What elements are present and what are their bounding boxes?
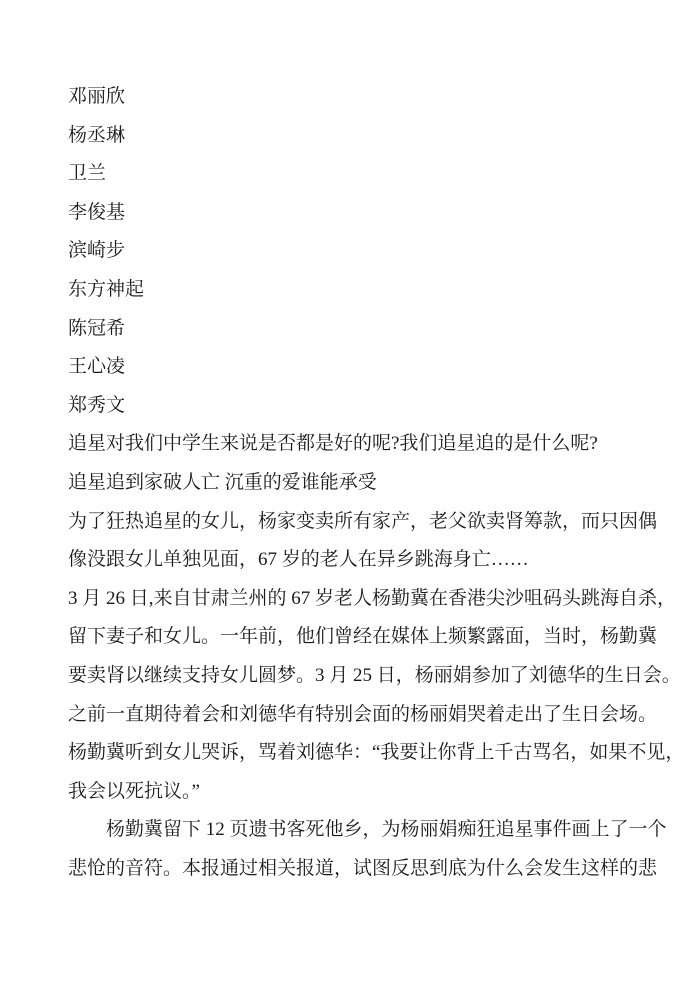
paragraph-2-line: 之前一直期待着会和刘德华有特别会面的杨丽娟哭着走出了生日会场。: [68, 696, 646, 735]
celebrity-name: 滨崎步: [68, 232, 646, 271]
celebrity-name: 陈冠希: [68, 310, 646, 349]
paragraph-1-line: 像没跟女儿单独见面，67 岁的老人在异乡跳海身亡……: [68, 541, 646, 580]
paragraph-2-line: 我会以死抗议。”: [68, 773, 646, 812]
celebrity-name: 卫兰: [68, 155, 646, 194]
question-line: 追星对我们中学生来说是否都是好的呢?我们追星追的是什么呢?: [68, 425, 646, 464]
celebrity-name: 杨丞琳: [68, 117, 646, 156]
document-page: 邓丽欣 杨丞琳 卫兰 李俊基 滨崎步 东方神起 陈冠希 王心凌 郑秀文 追星对我…: [0, 0, 695, 982]
celebrity-name: 东方神起: [68, 271, 646, 310]
paragraph-2-line: 3 月 26 日,来自甘肃兰州的 67 岁老人杨勤冀在香港尖沙咀码头跳海自杀，: [68, 580, 646, 619]
document-content: 邓丽欣 杨丞琳 卫兰 李俊基 滨崎步 东方神起 陈冠希 王心凌 郑秀文 追星对我…: [68, 78, 646, 888]
celebrity-name: 郑秀文: [68, 387, 646, 426]
celebrity-name: 王心凌: [68, 348, 646, 387]
subheadline: 追星追到家破人亡 沉重的爱谁能承受: [68, 464, 646, 503]
paragraph-3-line: 悲怆的音符。本报通过相关报道，试图反思到底为什么会发生这样的悲: [68, 850, 646, 889]
paragraph-3-line: 杨勤冀留下 12 页遗书客死他乡，为杨丽娟痴狂追星事件画上了一个: [68, 811, 646, 850]
celebrity-name: 邓丽欣: [68, 78, 646, 117]
paragraph-2-line: 留下妻子和女儿。一年前，他们曾经在媒体上频繁露面，当时，杨勤冀: [68, 618, 646, 657]
celebrity-name: 李俊基: [68, 194, 646, 233]
paragraph-2-line: 要卖肾以继续支持女儿圆梦。3 月 25 日，杨丽娟参加了刘德华的生日会。: [68, 657, 646, 696]
paragraph-1-line: 为了狂热追星的女儿，杨家变卖所有家产，老父欲卖肾筹款，而只因偶: [68, 503, 646, 542]
paragraph-2-line: 杨勤冀听到女儿哭诉，骂着刘德华：“我要让你背上千古骂名，如果不见，: [68, 734, 646, 773]
